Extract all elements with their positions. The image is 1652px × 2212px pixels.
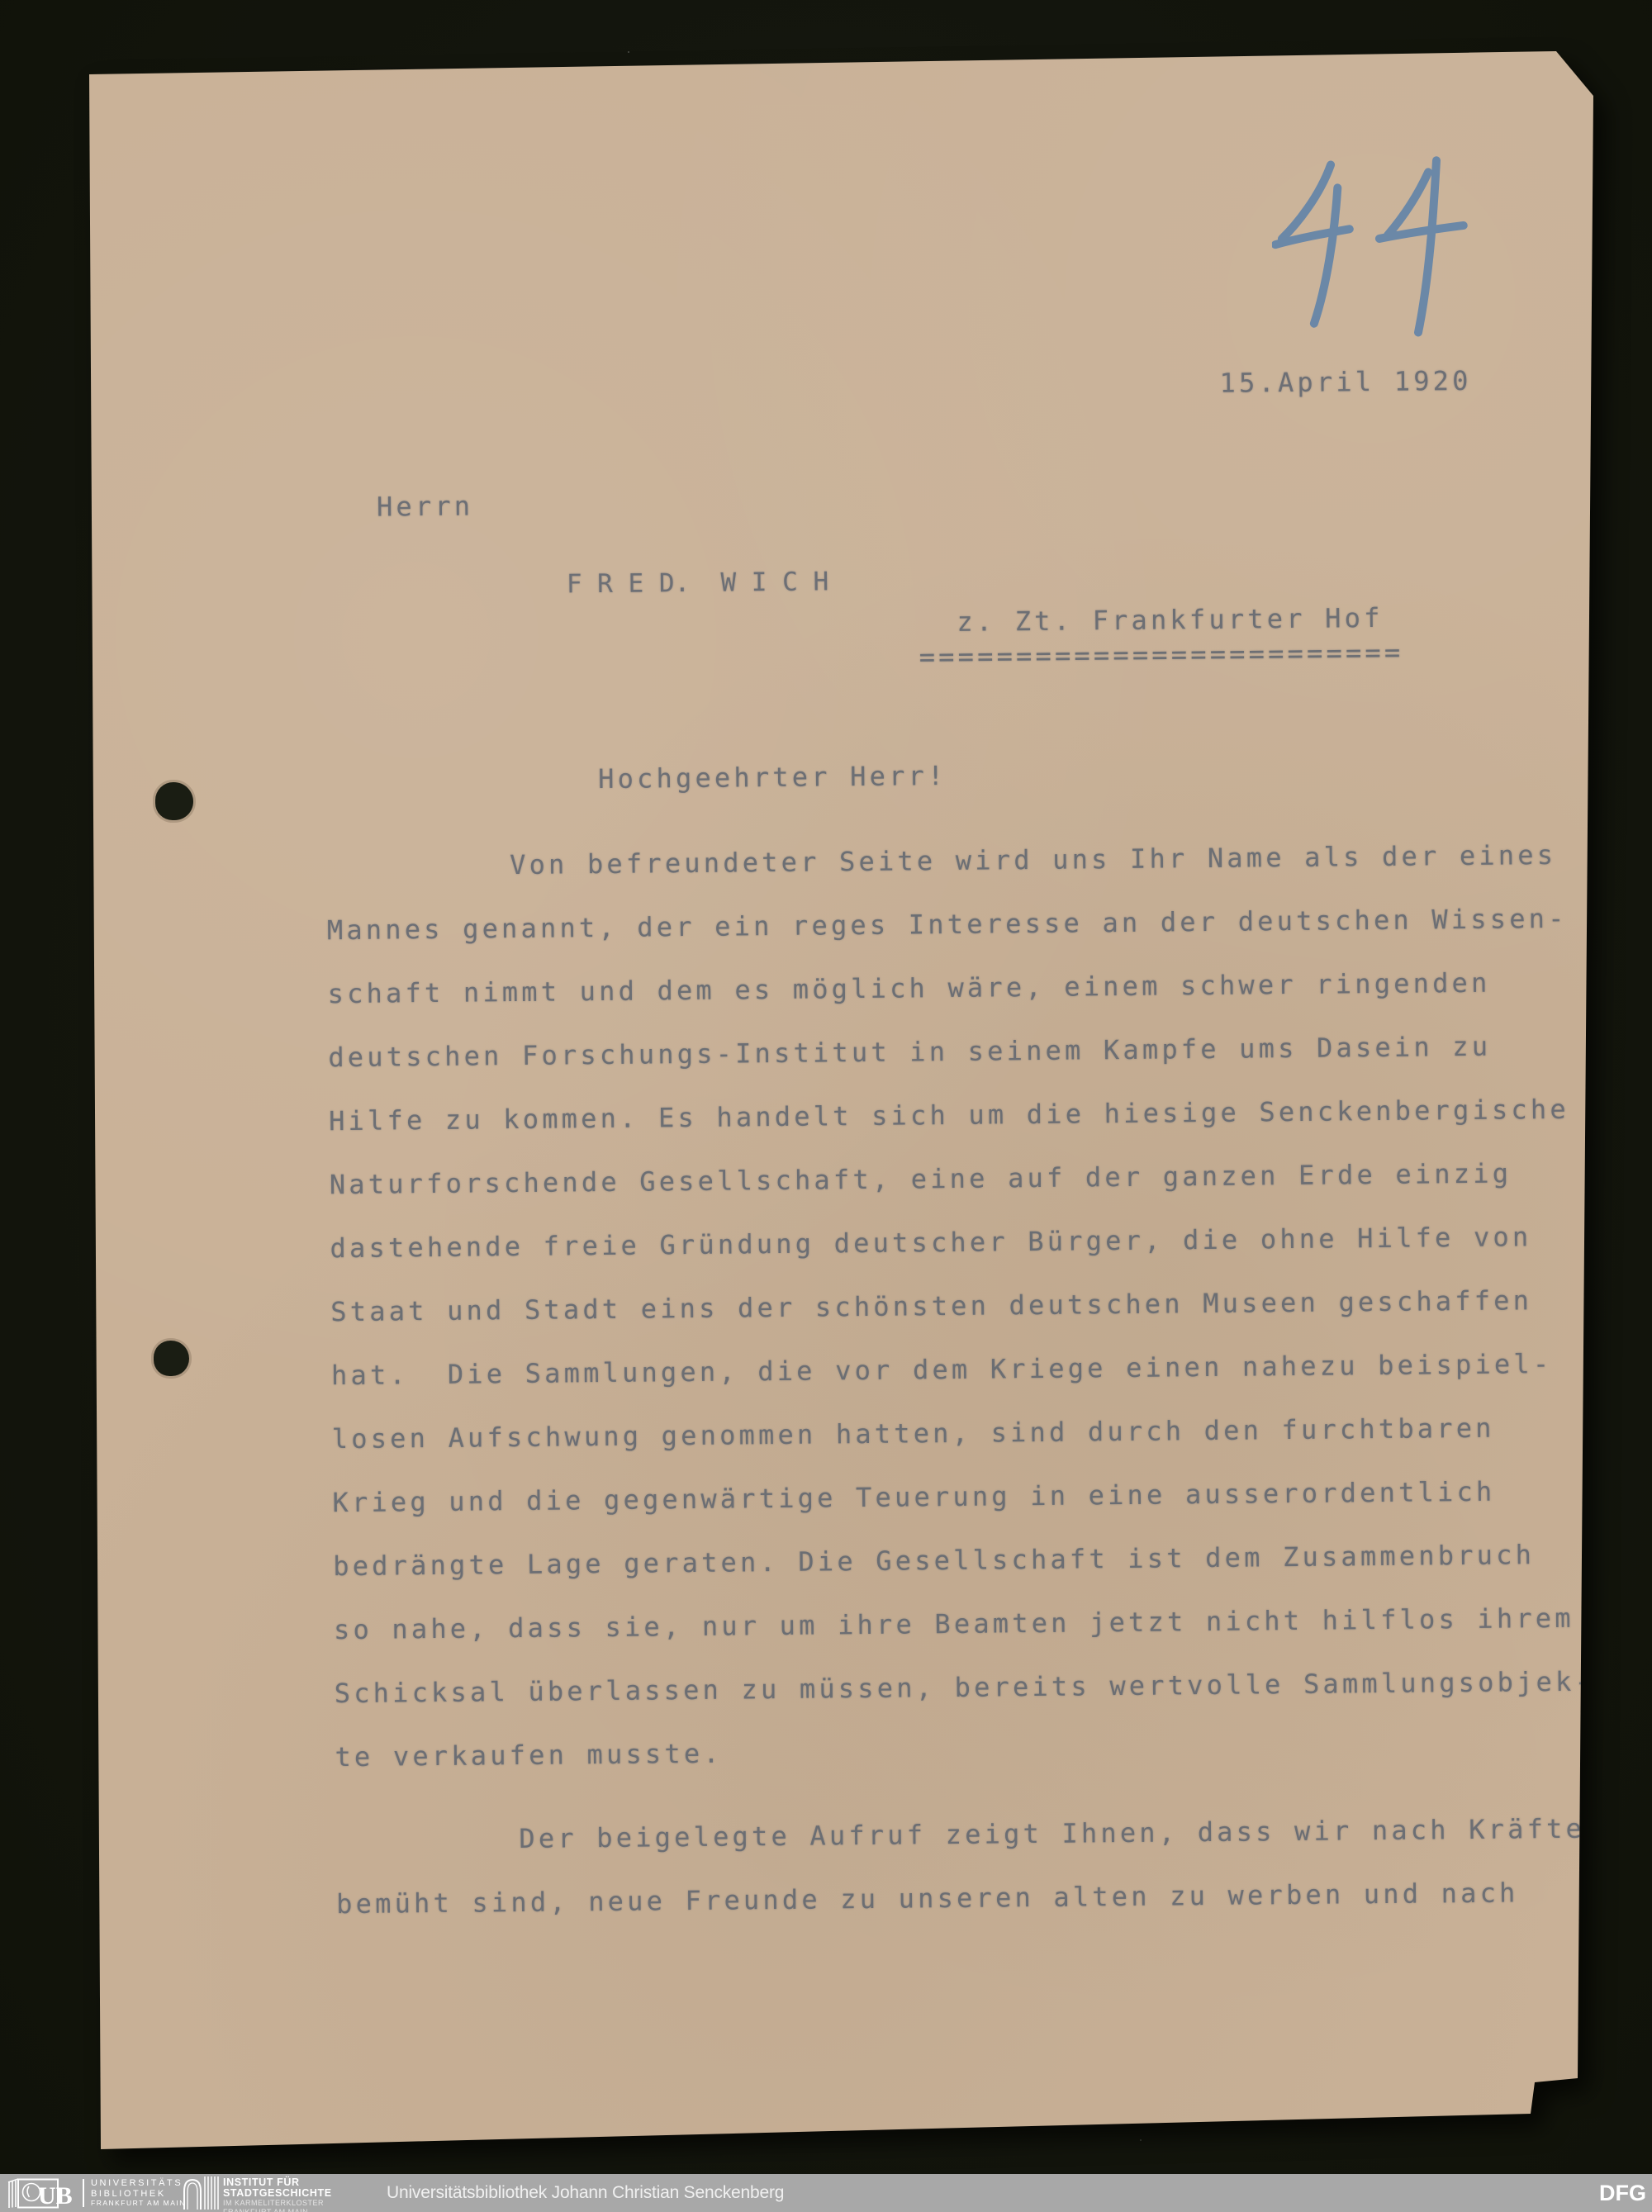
institut-stadtgeschichte-wordmark: INSTITUT FÜR STADTGESCHICHTE IM KARMELIT… xyxy=(223,2177,332,2212)
ub-line: FRANKFURT AM MAIN xyxy=(91,2199,186,2208)
body-line: bemüht sind, neue Freunde zu unseren alt… xyxy=(336,1876,1652,1952)
institut-line: IM KARMELITERKLOSTER xyxy=(223,2200,332,2208)
address-underline: ========================= xyxy=(919,637,1404,673)
letter-greeting: Hochgeehrter Herr! xyxy=(598,760,947,795)
paper-sheet: 15.April 1920 Herrn F R E D. W I C H z. … xyxy=(83,45,1598,2156)
scanned-letter-page: 15.April 1920 Herrn F R E D. W I C H z. … xyxy=(83,45,1598,2156)
handwritten-archive-number-44 xyxy=(1271,152,1479,352)
ub-library-logo-icon: UB xyxy=(7,2176,83,2210)
svg-text:UB: UB xyxy=(38,2182,73,2210)
recipient-salutation: Herrn xyxy=(377,490,474,522)
letter-body: Von befreundeter Seite wird uns Ihr Name… xyxy=(326,838,1652,1952)
recipient-address: z. Zt. Frankfurter Hof xyxy=(957,602,1384,638)
scan-dust-specks xyxy=(0,0,2,2)
body-line: te verkaufen musste. xyxy=(335,1729,1652,1805)
institut-stadtgeschichte-logo-icon xyxy=(180,2176,220,2210)
ub-library-wordmark: UNIVERSITÄTS BIBLIOTHEK FRANKFURT AM MAI… xyxy=(91,2178,186,2208)
institut-line: FRANKFURT AM MAIN xyxy=(223,2209,332,2212)
dfg-logo: DFG xyxy=(1599,2181,1646,2206)
ub-line: UNIVERSITÄTS xyxy=(91,2178,186,2189)
viewer-footer-bar: UB UNIVERSITÄTS BIBLIOTHEK FRANKFURT AM … xyxy=(0,2174,1652,2212)
letter-date: 15.April 1920 xyxy=(1219,365,1471,399)
ub-line: BIBLIOTHEK xyxy=(91,2189,186,2200)
logo-separator xyxy=(83,2179,84,2207)
library-credit-text: Universitätsbibliothek Johann Christian … xyxy=(387,2174,784,2212)
recipient-name: F R E D. W I C H xyxy=(567,567,829,599)
letter-content: 15.April 1920 Herrn F R E D. W I C H z. … xyxy=(71,34,1607,2158)
institut-line: STADTGESCHICHTE xyxy=(223,2188,332,2199)
